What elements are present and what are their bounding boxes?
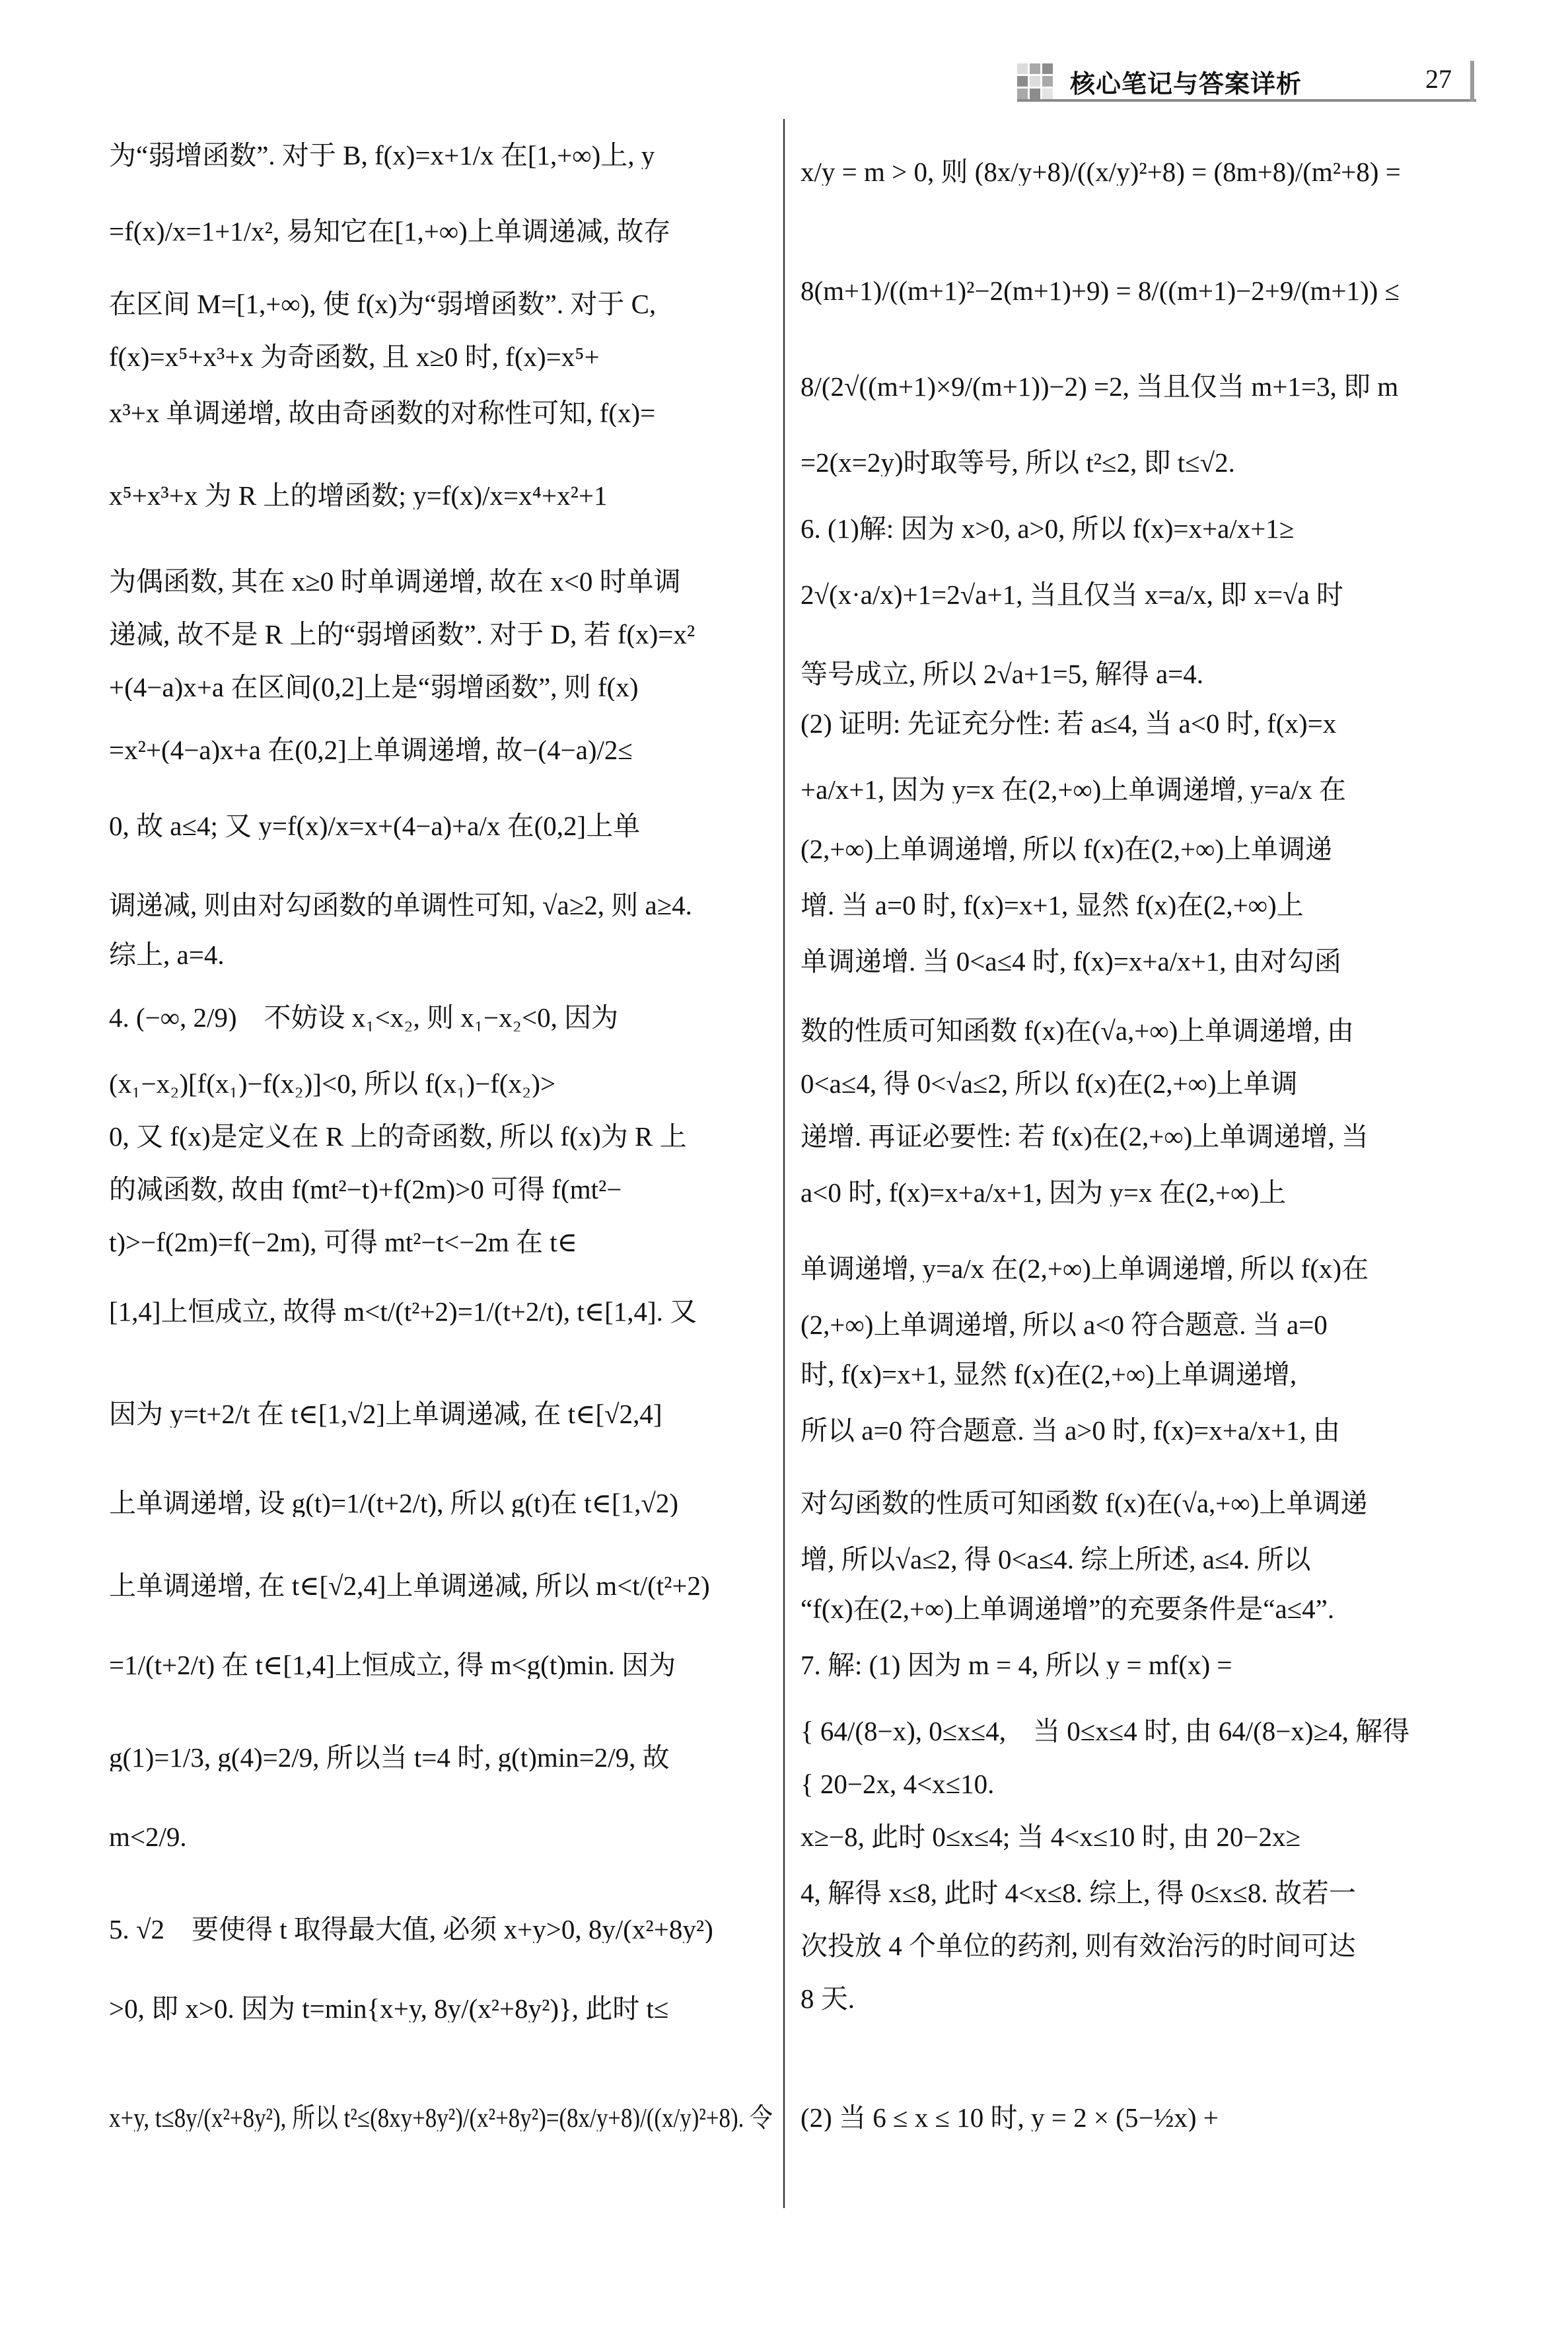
text-line: 6. (1)解: 因为 x>0, a>0, 所以 f(x)=x+a/x+1≥ — [801, 515, 1294, 542]
text-line: =2(x=2y)时取等号, 所以 t²≤2, 即 t≤√2. — [801, 449, 1235, 476]
column-divider — [783, 119, 785, 2208]
text-line: 0, 又 f(x)是定义在 R 上的奇函数, 所以 f(x)为 R 上 — [109, 1123, 687, 1150]
text-line: 次投放 4 个单位的药剂, 则有效治污的时间可达 — [801, 1933, 1356, 1960]
text-line: (2) 当 6 ≤ x ≤ 10 时, y = 2 × (5−½x) + — [801, 2104, 1219, 2131]
text-line: =f(x)/x=1+1/x², 易知它在[1,+∞)上单调递减, 故存 — [109, 218, 670, 245]
text-line: 为偶函数, 其在 x≥0 时单调递增, 故在 x<0 时单调 — [109, 568, 681, 595]
text-line: 等号成立, 所以 2√a+1=5, 解得 a=4. — [801, 661, 1203, 688]
text-line: (2,+∞)上单调递增, 所以 a<0 符合题意. 当 a=0 — [801, 1311, 1328, 1339]
grid-cell — [1030, 89, 1040, 99]
text-line: 8(m+1)/((m+1)²−2(m+1)+9) = 8/((m+1)−2+9/… — [801, 277, 1400, 305]
grid-cell — [1017, 76, 1028, 87]
text-line: +(4−a)x+a 在区间(0,2]上是“弱增函数”, 则 f(x) — [109, 674, 638, 701]
text-line: 7. 解: (1) 因为 m = 4, 所以 y = mf(x) = — [801, 1652, 1232, 1679]
grid-cell — [1017, 89, 1028, 99]
text-line: 调递减, 则由对勾函数的单调性可知, √a≥2, 则 a≥4. — [109, 892, 692, 919]
text-line: 4, 解得 x≤8, 此时 4<x≤8. 综上, 得 0≤x≤8. 故若一 — [801, 1880, 1356, 1907]
header-side-bar — [1470, 61, 1474, 102]
text-line: 单调递增, y=a/x 在(2,+∞)上单调递增, 所以 f(x)在 — [801, 1255, 1369, 1282]
grid-cell — [1017, 63, 1028, 74]
header-grid-icon — [1017, 63, 1054, 100]
text-line: { 64/(8−x), 0≤x≤4, 当 0≤x≤4 时, 由 64/(8−x)… — [801, 1718, 1409, 1745]
text-line: 增. 当 a=0 时, f(x)=x+1, 显然 f(x)在(2,+∞)上 — [801, 892, 1304, 919]
text-line: x≥−8, 此时 0≤x≤4; 当 4<x≤10 时, 由 20−2x≥ — [801, 1824, 1301, 1851]
text-line: 8 天. — [801, 1985, 855, 2012]
text-line: 对勾函数的性质可知函数 f(x)在(√a,+∞)上单调递 — [801, 1490, 1367, 1517]
text-line: 综上, a=4. — [109, 941, 225, 969]
text-line: 单调递增. 当 0<a≤4 时, f(x)=x+a/x+1, 由对勾函 — [801, 948, 1341, 975]
text-line: >0, 即 x>0. 因为 t=min{x+y, 8y/(x²+8y²)}, 此… — [109, 1995, 668, 2022]
text-line: m<2/9. — [109, 1824, 187, 1851]
text-line: 0<a≤4, 得 0<√a≤2, 所以 f(x)在(2,+∞)上单调 — [801, 1070, 1298, 1097]
text-line: =1/(t+2/t) 在 t∈[1,4]上恒成立, 得 m<g(t)min. 因… — [109, 1652, 676, 1679]
text-line: x+y, t≤8y/(x²+8y²), 所以 t²≤(8xy+8y²)/(x²+… — [109, 2104, 773, 2131]
text-line: x/y = m > 0, 则 (8x/y+8)/((x/y)²+8) = (8m… — [801, 159, 1401, 186]
text-line: +a/x+1, 因为 y=x 在(2,+∞)上单调递增, y=a/x 在 — [801, 776, 1346, 803]
text-line: t)>−f(2m)=f(−2m), 可得 mt²−t<−2m 在 t∈ — [109, 1229, 577, 1256]
text-line: “f(x)在(2,+∞)上单调递增”的充要条件是“a≤4”. — [801, 1596, 1334, 1623]
text-line: [1,4]上恒成立, 故得 m<t/(t²+2)=1/(t+2/t), t∈[1… — [109, 1298, 697, 1325]
text-line: a<0 时, f(x)=x+a/x+1, 因为 y=x 在(2,+∞)上 — [801, 1179, 1286, 1206]
text-line: 因为 y=t+2/t 在 t∈[1,√2]上单调递减, 在 t∈[√2,4] — [109, 1401, 662, 1428]
text-line: 在区间 M=[1,+∞), 使 f(x)为“弱增函数”. 对于 C, — [109, 291, 656, 318]
text-line: 时, f(x)=x+1, 显然 f(x)在(2,+∞)上单调递增, — [801, 1361, 1297, 1388]
text-line: 增, 所以√a≤2, 得 0<a≤4. 综上所述, a≤4. 所以 — [801, 1546, 1310, 1573]
text-line: 2√(x·a/x)+1=2√a+1, 当且仅当 x=a/x, 即 x=√a 时 — [801, 581, 1343, 609]
text-line: 5. √2 要使得 t 取得最大值, 必须 x+y>0, 8y/(x²+8y²) — [109, 1916, 713, 1943]
grid-cell — [1042, 63, 1053, 74]
text-line: =x²+(4−a)x+a 在(0,2]上单调递增, 故−(4−a)/2≤ — [109, 737, 633, 764]
text-line: 为“弱增函数”. 对于 B, f(x)=x+1/x 在[1,+∞)上, y — [109, 142, 655, 169]
text-line: 0, 故 a≤4; 又 y=f(x)/x=x+(4−a)+a/x 在(0,2]上… — [109, 813, 640, 840]
grid-cell — [1042, 89, 1053, 99]
text-line: x³+x 单调递增, 故由奇函数的对称性可知, f(x)= — [109, 400, 655, 427]
page-number: 27 — [1425, 63, 1452, 94]
text-line: 4. (−∞, 2/9) 不妨设 x₁<x₂, 则 x₁−x₂<0, 因为 — [109, 1004, 618, 1031]
text-line: 递增. 再证必要性: 若 f(x)在(2,+∞)上单调递增, 当 — [801, 1123, 1369, 1150]
text-line: x⁵+x³+x 为 R 上的增函数; y=f(x)/x=x⁴+x²+1 — [109, 482, 608, 509]
grid-cell — [1042, 76, 1053, 87]
text-line: (2) 证明: 先证充分性: 若 a≤4, 当 a<0 时, f(x)=x — [801, 710, 1336, 737]
text-line: 8/(2√((m+1)×9/(m+1))−2) =2, 当且仅当 m+1=3, … — [801, 373, 1398, 400]
text-line: 的减函数, 故由 f(mt²−t)+f(2m)>0 可得 f(mt²− — [109, 1176, 622, 1203]
text-line: 所以 a=0 符合题意. 当 a>0 时, f(x)=x+a/x+1, 由 — [801, 1417, 1340, 1444]
running-header-title: 核心笔记与答案详析 — [1070, 63, 1302, 100]
grid-cell — [1030, 63, 1040, 74]
text-line: (x₁−x₂)[f(x₁)−f(x₂)]<0, 所以 f(x₁)−f(x₂)> — [109, 1070, 555, 1097]
header-rule — [1017, 99, 1476, 102]
text-line: (2,+∞)上单调递增, 所以 f(x)在(2,+∞)上单调递 — [801, 836, 1332, 863]
text-line: f(x)=x⁵+x³+x 为奇函数, 且 x≥0 时, f(x)=x⁵+ — [109, 344, 600, 371]
text-line: 上单调递增, 在 t∈[√2,4]上单调递减, 所以 m<t/(t²+2) — [109, 1572, 710, 1600]
grid-cell — [1030, 76, 1040, 87]
text-line: { 20−2x, 4<x≤10. — [801, 1771, 994, 1798]
text-line: g(1)=1/3, g(4)=2/9, 所以当 t=4 时, g(t)min=2… — [109, 1744, 670, 1771]
text-line: 上单调递增, 设 g(t)=1/(t+2/t), 所以 g(t)在 t∈[1,√… — [109, 1490, 678, 1517]
text-line: 递减, 故不是 R 上的“弱增函数”. 对于 D, 若 f(x)=x² — [109, 621, 695, 648]
text-line: 数的性质可知函数 f(x)在(√a,+∞)上单调递增, 由 — [801, 1017, 1354, 1045]
